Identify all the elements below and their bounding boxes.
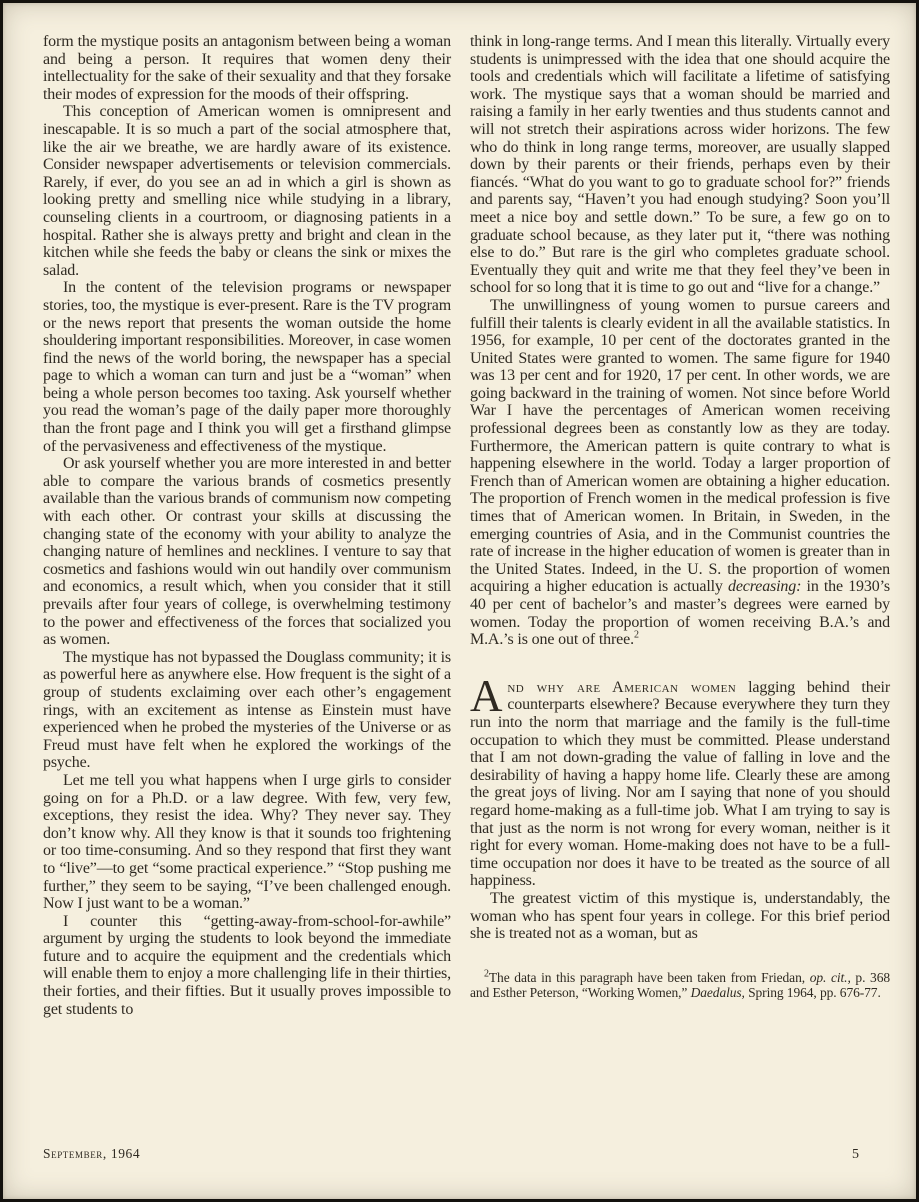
paragraph: The greatest victim of this mystique is,…	[470, 890, 890, 943]
paragraph: The mystique has not bypassed the Dougla…	[43, 649, 451, 772]
issue-date: September, 1964	[43, 1146, 140, 1162]
page-footer: September, 1964 5	[43, 1146, 890, 1163]
paragraph: The unwillingness of young women to purs…	[470, 297, 890, 649]
paragraph: I counter this “getting-away-from-school…	[43, 913, 451, 1019]
paragraph: This conception of American women is omn…	[43, 103, 451, 279]
left-text-column: form the mystique posits an antagonism b…	[43, 33, 451, 1018]
paragraph: form the mystique posits an antagonism b…	[43, 33, 451, 103]
paragraph: Let me tell you what happens when I urge…	[43, 772, 451, 913]
paragraph: And why are American women lagging behin…	[470, 679, 890, 890]
scanned-book-page: form the mystique posits an antagonism b…	[3, 3, 916, 1199]
page-number: 5	[852, 1147, 859, 1163]
paragraph: Or ask yourself whether you are more int…	[43, 455, 451, 649]
paragraph: think in long-range terms. And I mean th…	[470, 33, 890, 297]
paragraph: In the content of the television program…	[43, 279, 451, 455]
right-text-column: think in long-range terms. And I mean th…	[470, 33, 890, 1015]
footnote: 2The data in this paragraph have been ta…	[470, 970, 890, 1002]
drop-cap-letter: A	[470, 679, 507, 712]
